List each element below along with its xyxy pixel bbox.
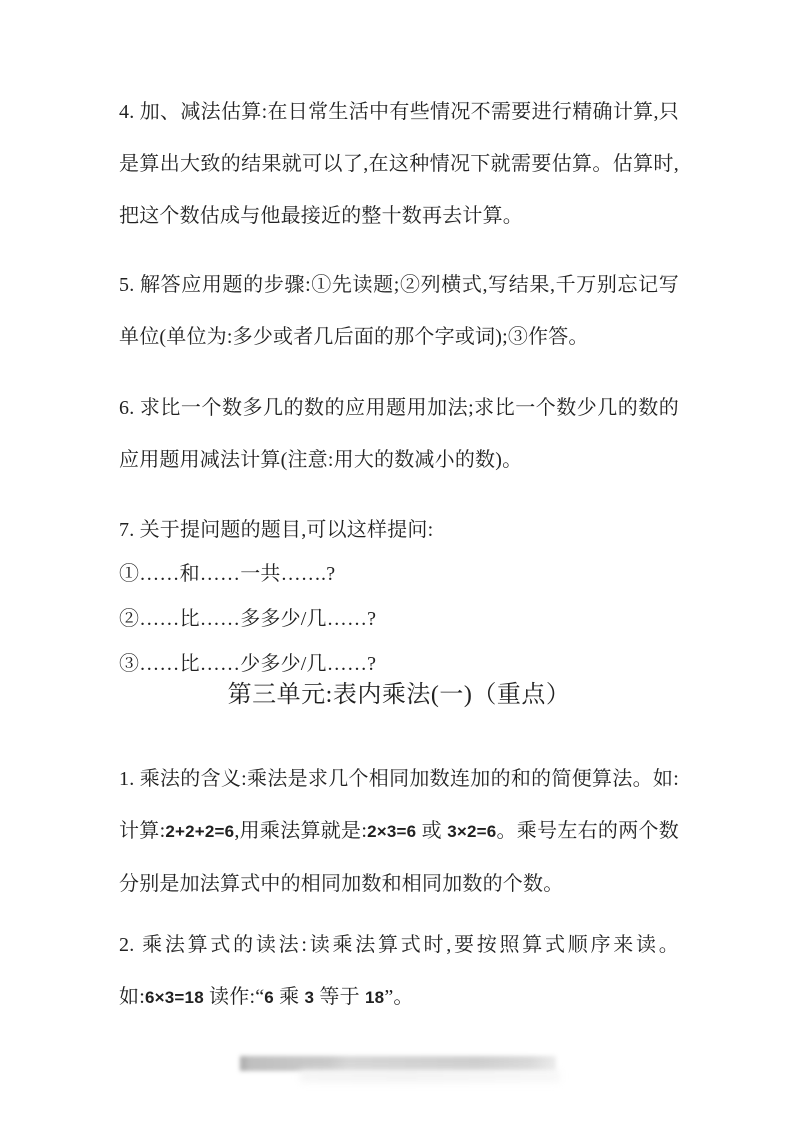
section-heading-unit3: 第三单元:表内乘法(一)（重点） [119, 678, 679, 712]
blurred-watermark [240, 1056, 556, 1071]
blurred-watermark-shadow [300, 1070, 560, 1082]
question-pattern-list: ①……和……一共…….? ②……比……多多少/几……? ③……比……少多少/几…… [119, 552, 679, 687]
question-pattern-sum: ①……和……一共…….? [119, 552, 679, 597]
paragraph-compare-problems: 6. 求比一个数多几的数的应用题用加法;求比一个数少几的数的应用题用减法计算(注… [119, 382, 679, 486]
document-page: 4. 加、减法估算:在日常生活中有些情况不需要进行精确计算,只是算出大致的结果就… [0, 0, 793, 1122]
paragraph-multiplication-meaning: 1. 乘法的含义:乘法是求几个相同加数连加的和的简便算法。如:计算:2+2+2=… [119, 753, 679, 910]
paragraph-estimation: 4. 加、减法估算:在日常生活中有些情况不需要进行精确计算,只是算出大致的结果就… [119, 86, 679, 242]
paragraph-word-problem-steps: 5. 解答应用题的步骤:①先读题;②列横式,写结果,千万别忘记写单位(单位为:多… [119, 259, 679, 363]
paragraph-question-prompts: 7. 关于提问题的题目,可以这样提问: [119, 504, 679, 556]
paragraph-multiplication-reading: 2. 乘法算式的读法:读乘法算式时,要按照算式顺序来读。如:6×3=18 读作:… [119, 919, 679, 1024]
question-pattern-more: ②……比……多多少/几……? [119, 597, 679, 642]
